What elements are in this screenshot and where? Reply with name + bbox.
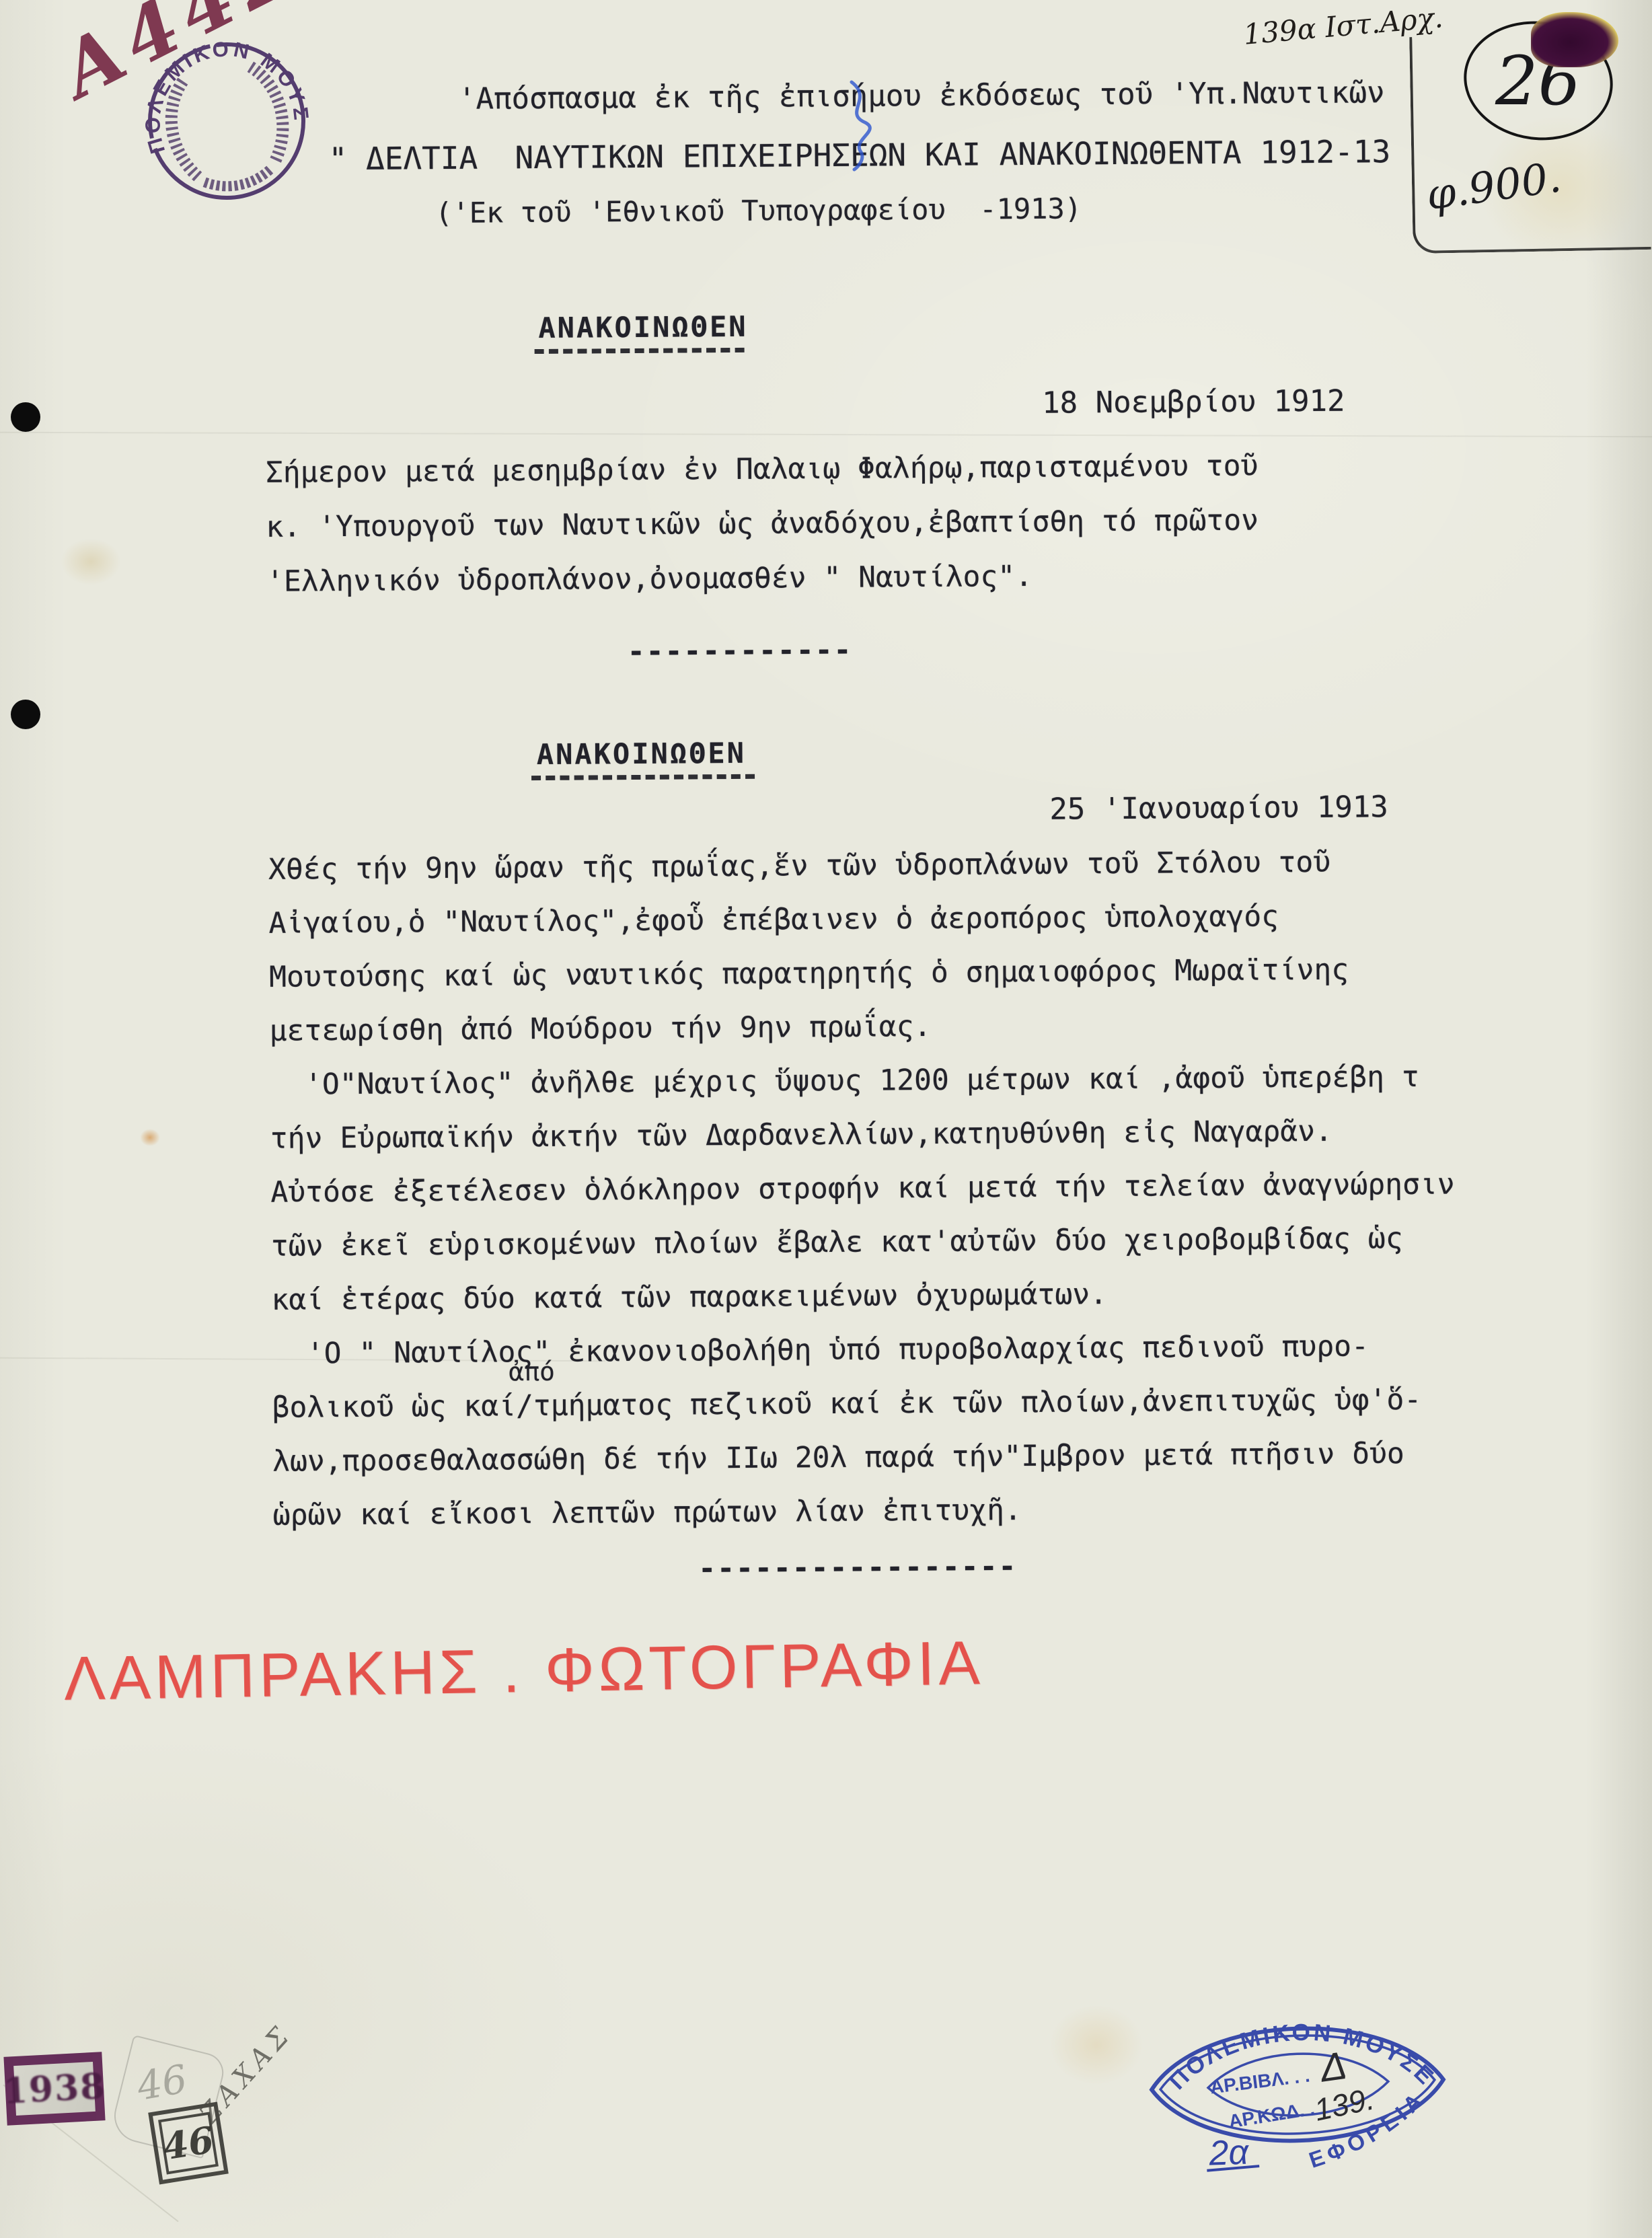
header-line-3: ('Εκ τοῦ 'Εθνικοῦ Τυπογραφείου -1913) <box>435 192 1082 229</box>
body-line: ὡρῶν καί εἴκοσι λεπτῶν πρώτων λίαν ἐπιτυ… <box>273 1493 1022 1532</box>
body-line: βολικοῦ ὡς καί/τμήματος πεζικοῦ καί ἐκ τ… <box>272 1383 1421 1425</box>
header-line-1: 'Απόσπασμα ἐκ τῆς ἐπισήμου ἐκδόσεως τοῦ … <box>458 75 1385 116</box>
section1-title-underline <box>535 348 745 354</box>
scanned-document-page: ΠΟΛΕΜΙΚΟΝ ΜΟΥΣΕΙΟΝ Α442167 139α Ιστ.Αρχ.… <box>0 0 1652 2238</box>
body-line: Μουτούσης καί ὡς ναυτικός παρατηρητής ὁ … <box>269 953 1349 994</box>
section1-title: ΑΝΑΚΟΙΝΩΘΕΝ <box>538 310 747 344</box>
body-line: κ. 'Υπουργοῦ των Ναυτικῶν ὡς ἀναδόχου,ἐβ… <box>266 504 1259 544</box>
blue-pen-squiggle <box>831 78 892 172</box>
punch-hole-bottom <box>11 700 40 729</box>
body-line: μετεωρίσθη ἀπό Μούδρου τήν 9ην πρωΐας. <box>270 1010 932 1048</box>
ink-blot <box>1531 12 1618 67</box>
body-line: λων,προσεθαλασσώθη δέ τήν ΙΙω 20λ παρά τ… <box>272 1437 1404 1479</box>
body-line: Αἰγαίου,ὁ "Ναυτίλος",ἐφοὗ ἐπέβαινεν ὁ ἀε… <box>268 899 1279 940</box>
stain-spot <box>61 538 121 585</box>
body-line: 'Ο " Ναυτίλος" ἐκανονιοβολήθη ὑπό πυροβο… <box>272 1329 1369 1370</box>
blue-stamp-field2-label: ΑΡ.ΚΩΔ. . <box>1227 2098 1316 2132</box>
stain-spot <box>140 1129 160 1146</box>
body-line: Χθές τήν 9ην ὥραν τῆς πρωΐας,ἕν τῶν ὑδρο… <box>268 846 1330 887</box>
blue-stamp-field2-value: 139. <box>1311 2081 1377 2127</box>
body-line: τῶν ἐκεῖ εὑρισκομένων πλοίων ἔβαλε κατ'α… <box>271 1222 1403 1263</box>
body-line: 'Ελληνικόν ὑδροπλάνον,ὀνομασθέν " Ναυτίλ… <box>266 560 1032 599</box>
body-line: Αὐτόσε ἐξετέλεσεν ὁλόκληρον στροφήν καί … <box>270 1168 1455 1209</box>
divider: ------------ <box>628 634 853 669</box>
purple-box-number: 1938 <box>2 2066 107 2112</box>
body-line: Σήμερον μετά μεσημβρίαν ἐν Παλαιῳ Φαλήρῳ… <box>266 449 1259 490</box>
divider: ----------------- <box>698 1550 1017 1586</box>
blue-stamp-field1-value: Δ <box>1316 2044 1350 2091</box>
punch-hole-top <box>11 402 40 432</box>
pencil-number-faint: 46 <box>134 2056 190 2110</box>
war-museum-blue-stamp: ΠΟΛΕΜΙΚΟΝ ΜΟΥΣΕΙΟΝ ΕΦΟΡΕΙΑ ΑΡ.ΒΙΒΛ. . . … <box>1139 1978 1456 2192</box>
photographer-note: ΛΑΜΠΡΑΚΗΣ . ΦΩΤΟΓΡΑΦΙΑ <box>63 1628 984 1715</box>
body-line: τήν Εὐρωπαϊκήν ἀκτήν τῶν Δαρδανελλίων,κα… <box>270 1115 1332 1156</box>
stain-spot <box>1049 2005 1143 2085</box>
pencil-number-boxed: 46 <box>160 2118 217 2169</box>
section1-date: 18 Νοεμβρίου 1912 <box>1042 384 1345 420</box>
section2-title-underline <box>531 774 755 780</box>
interlinear-insertion: ἀπό <box>509 1357 555 1386</box>
fold-crease <box>0 432 1652 437</box>
body-line: καί ἑτέρας δύο κατά τῶν παρακειμένων ὀχυ… <box>271 1277 1107 1317</box>
section2-title: ΑΝΑΚΟΙΝΩΘΕΝ <box>537 737 746 771</box>
body-line: 'Ο"Ναυτίλος" ἀνῆλθε μέχρις ὕψους 1200 μέ… <box>270 1060 1419 1102</box>
section2-date: 25 'Ιανουαρίου 1913 <box>1049 790 1388 827</box>
purple-accession-box: 1938 <box>3 2052 105 2126</box>
blue-stamp-field1-label: ΑΡ.ΒΙΒΛ. . . <box>1209 2065 1311 2098</box>
